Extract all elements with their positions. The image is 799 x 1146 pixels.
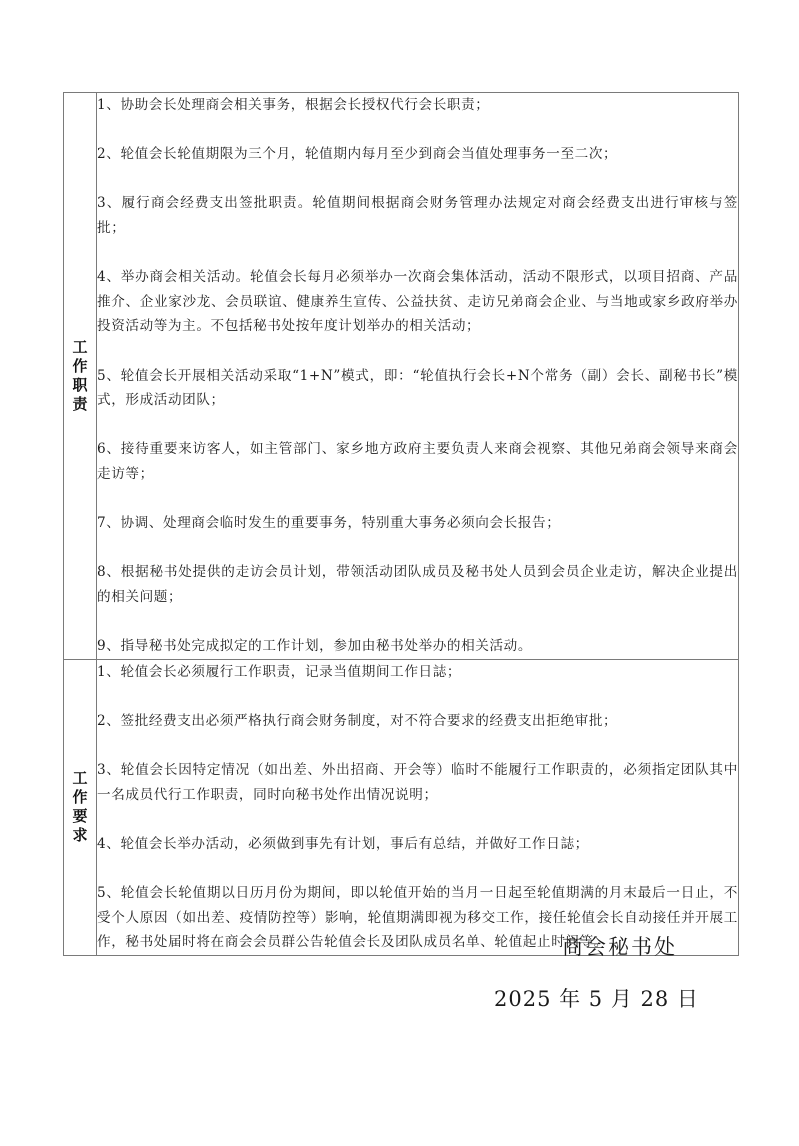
document-page: 工作职责 1、协助会长处理商会相关事务，根据会长授权代行会长职责； 2、轮值会长… xyxy=(0,0,799,1146)
list-item: 5、轮值会长开展相关活动采取“1+N”模式，即：“轮值执行会长+N个常务（副）会… xyxy=(97,364,738,413)
duty-table: 工作职责 1、协助会长处理商会相关事务，根据会长授权代行会长职责； 2、轮值会长… xyxy=(63,92,739,956)
signature-date: 2025 年 5 月 28 日 xyxy=(494,983,699,1013)
list-item: 4、轮值会长举办活动，必须做到事先有计划，事后有总结，并做好工作日誌； xyxy=(97,832,738,857)
signature-organization: 商会秘书处 xyxy=(562,931,677,961)
list-item: 4、举办商会相关活动。轮值会长每月必须举办一次商会集体活动，活动不限形式，以项目… xyxy=(97,265,738,339)
list-item: 6、接待重要来访客人，如主管部门、家乡地方政府主要负责人来商会视察、其他兄弟商会… xyxy=(97,437,738,486)
section-label-cell: 工作要求 xyxy=(64,659,97,955)
section-requirements: 工作要求 1、轮值会长必须履行工作职责，记录当值期间工作日誌； 2、签批经费支出… xyxy=(64,659,739,955)
section-label: 工作职责 xyxy=(72,338,88,414)
list-item: 3、履行商会经费支出签批职责。轮值期间根据商会财务管理办法规定对商会经费支出进行… xyxy=(97,191,738,240)
section-content: 1、协助会长处理商会相关事务，根据会长授权代行会长职责； 2、轮值会长轮值期限为… xyxy=(97,93,739,660)
list-item: 2、轮值会长轮值期限为三个月，轮值期内每月至少到商会当值处理事务一至二次； xyxy=(97,142,738,167)
section-responsibilities: 工作职责 1、协助会长处理商会相关事务，根据会长授权代行会长职责； 2、轮值会长… xyxy=(64,93,739,660)
list-item: 2、签批经费支出必须严格执行商会财务制度，对不符合要求的经费支出拒绝审批； xyxy=(97,709,738,734)
list-item: 8、根据秘书处提供的走访会员计划，带领活动团队成员及秘书处人员到会员企业走访，解… xyxy=(97,560,738,609)
list-item: 9、指导秘书处完成拟定的工作计划，参加由秘书处举办的相关活动。 xyxy=(97,634,738,659)
section-label-cell: 工作职责 xyxy=(64,93,97,660)
section-label: 工作要求 xyxy=(72,769,88,845)
list-item: 7、协调、处理商会临时发生的重要事务，特别重大事务必须向会长报告； xyxy=(97,511,738,536)
list-item: 3、轮值会长因特定情况（如出差、外出招商、开会等）临时不能履行工作职责的，必须指… xyxy=(97,758,738,807)
item-list: 1、轮值会长必须履行工作职责，记录当值期间工作日誌； 2、签批经费支出必须严格执… xyxy=(97,660,738,955)
item-list: 1、协助会长处理商会相关事务，根据会长授权代行会长职责； 2、轮值会长轮值期限为… xyxy=(97,93,738,659)
list-item: 1、轮值会长必须履行工作职责，记录当值期间工作日誌； xyxy=(97,660,738,685)
list-item: 1、协助会长处理商会相关事务，根据会长授权代行会长职责； xyxy=(97,93,738,118)
section-content: 1、轮值会长必须履行工作职责，记录当值期间工作日誌； 2、签批经费支出必须严格执… xyxy=(97,659,739,955)
